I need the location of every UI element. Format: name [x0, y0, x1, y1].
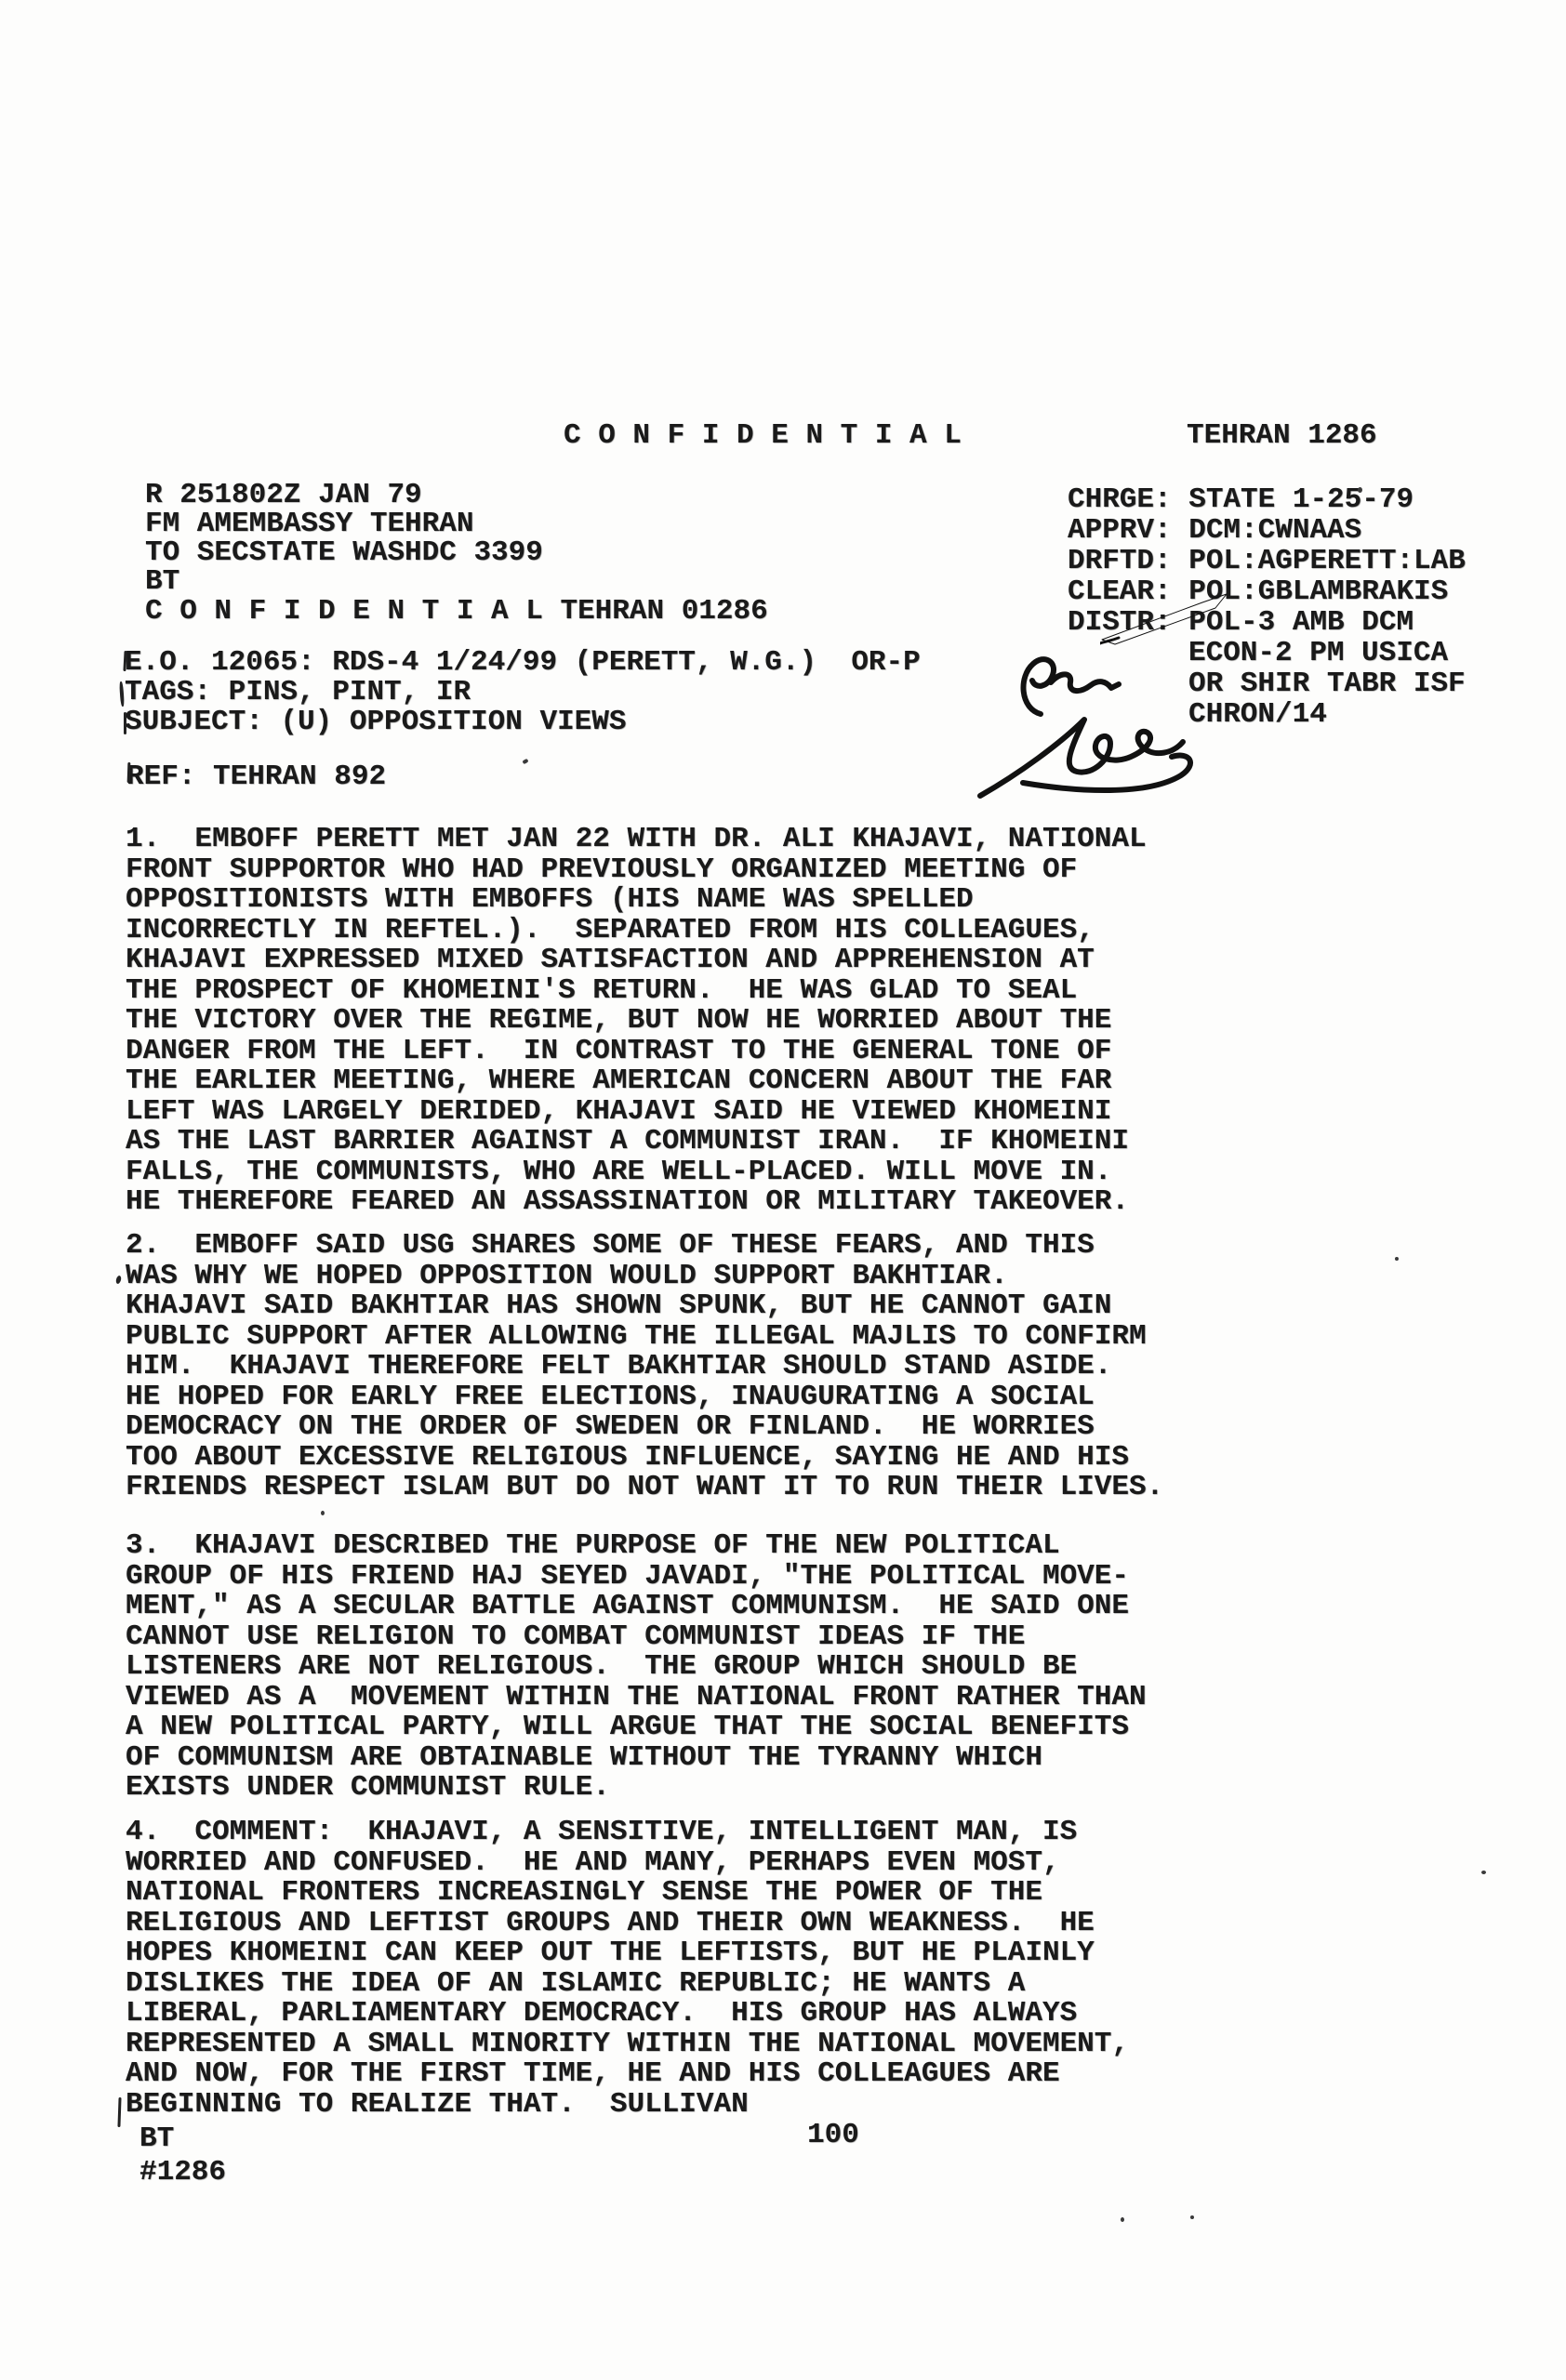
text-line: 1. EMBOFF PERETT MET JAN 22 WITH DR. ALI…	[126, 825, 1147, 855]
text-line: THE EARLIER MEETING, WHERE AMERICAN CONC…	[126, 1066, 1147, 1097]
margin-pen-mark	[115, 1276, 122, 1285]
paragraph-2: 2. EMBOFF SAID USG SHARES SOME OF THESE …	[126, 1231, 1163, 1503]
text-line: R 251802Z JAN 79	[145, 481, 543, 509]
text-line: E.O. 12065: RDS-4 1/24/99 (PERETT, W.G.)…	[125, 648, 921, 678]
cable-number: #1286	[139, 2157, 226, 2188]
scan-speck	[1481, 1871, 1486, 1874]
page-number: 100	[807, 2120, 859, 2150]
text-line: VIEWED AS A MOVEMENT WITHIN THE NATIONAL…	[126, 1683, 1147, 1713]
text-line: RELIGIOUS AND LEFTIST GROUPS AND THEIR O…	[126, 1909, 1129, 1939]
margin-pen-mark	[117, 2097, 121, 2127]
text-line: BT	[145, 567, 543, 596]
text-line: APPRV: DCM:CWNAAS	[1068, 515, 1466, 546]
paragraph-3: 3. KHAJAVI DESCRIBED THE PURPOSE OF THE …	[126, 1531, 1147, 1804]
text-line: LISTENERS ARE NOT RELIGIOUS. THE GROUP W…	[126, 1652, 1147, 1683]
text-line: 4. COMMENT: KHAJAVI, A SENSITIVE, INTELL…	[126, 1818, 1129, 1848]
text-line: FRONT SUPPORTOR WHO HAD PREVIOUSLY ORGAN…	[126, 855, 1147, 886]
scan-speck	[1190, 2215, 1194, 2219]
text-line: REPRESENTED A SMALL MINORITY WITHIN THE …	[126, 2030, 1129, 2060]
classification-header: C O N F I D E N T I A L	[564, 420, 962, 451]
text-line: 2. EMBOFF SAID USG SHARES SOME OF THESE …	[126, 1231, 1163, 1262]
text-line: CHRGE: STATE 1-25-79	[1068, 484, 1466, 515]
paragraph-1: 1. EMBOFF PERETT MET JAN 22 WITH DR. ALI…	[126, 825, 1147, 1218]
text-line: TO SECSTATE WASHDC 3399	[145, 538, 543, 567]
paragraph-4: 4. COMMENT: KHAJAVI, A SENSITIVE, INTELL…	[126, 1818, 1129, 2120]
margin-pen-mark	[124, 712, 126, 734]
text-line: CHRON/14	[1188, 699, 1466, 730]
text-line: OR SHIR TABR ISF	[1188, 668, 1466, 699]
text-line: THE PROSPECT OF KHOMEINI'S RETURN. HE WA…	[126, 976, 1147, 1007]
cable-document: C O N F I D E N T I A L TEHRAN 1286 R 25…	[0, 0, 1566, 2380]
scan-speck	[522, 759, 528, 764]
text-line: FM AMEMBASSY TEHRAN	[145, 509, 543, 538]
text-line: SUBJECT: (U) OPPOSITION VIEWS	[125, 707, 921, 737]
text-line: WAS WHY WE HOPED OPPOSITION WOULD SUPPOR…	[126, 1262, 1163, 1292]
text-line: HE HOPED FOR EARLY FREE ELECTIONS, INAUG…	[126, 1382, 1163, 1413]
text-line: HE THEREFORE FEARED AN ASSASSINATION OR …	[126, 1187, 1147, 1218]
text-line: AND NOW, FOR THE FIRST TIME, HE AND HIS …	[126, 2059, 1129, 2090]
scan-speck	[1358, 487, 1362, 493]
routing-header-block: R 251802Z JAN 79FM AMEMBASSY TEHRANTO SE…	[145, 481, 543, 596]
text-line: 3. KHAJAVI DESCRIBED THE PURPOSE OF THE …	[126, 1531, 1147, 1562]
text-line: BEGINNING TO REALIZE THAT. SULLIVAN	[126, 2090, 1129, 2121]
text-line: AS THE LAST BARRIER AGAINST A COMMUNIST …	[126, 1127, 1147, 1157]
ref-line: REF: TEHRAN 892	[126, 761, 386, 792]
text-line: THE VICTORY OVER THE REGIME, BUT NOW HE …	[126, 1006, 1147, 1037]
cable-id: TEHRAN 1286	[1187, 420, 1377, 451]
text-line: PUBLIC SUPPORT AFTER ALLOWING THE ILLEGA…	[126, 1322, 1163, 1353]
text-line: DANGER FROM THE LEFT. IN CONTRAST TO THE…	[126, 1037, 1147, 1067]
text-line: EXISTS UNDER COMMUNIST RULE.	[126, 1773, 1147, 1804]
text-line: OPPOSITIONISTS WITH EMBOFFS (HIS NAME WA…	[126, 885, 1147, 916]
text-line: HIM. KHAJAVI THEREFORE FELT BAKHTIAR SHO…	[126, 1352, 1163, 1382]
text-line: KHAJAVI SAID BAKHTIAR HAS SHOWN SPUNK, B…	[126, 1291, 1163, 1322]
signature-scrawl	[975, 705, 1202, 807]
text-line: A NEW POLITICAL PARTY, WILL ARGUE THAT T…	[126, 1712, 1147, 1743]
classification-line: C O N F I D E N T I A L TEHRAN 01286	[145, 596, 768, 627]
text-line: WORRIED AND CONFUSED. HE AND MANY, PERHA…	[126, 1848, 1129, 1879]
eo-tags-subject-block: E.O. 12065: RDS-4 1/24/99 (PERETT, W.G.)…	[125, 648, 921, 737]
distribution-continuation: ECON-2 PM USICAOR SHIR TABR ISFCHRON/14	[1188, 638, 1466, 730]
text-line: MENT," AS A SECULAR BATTLE AGAINST COMMU…	[126, 1592, 1147, 1622]
text-line: LIBERAL, PARLIAMENTARY DEMOCRACY. HIS GR…	[126, 1999, 1129, 2030]
text-line: INCORRECTLY IN REFTEL.). SEPARATED FROM …	[126, 916, 1147, 946]
scan-speck	[1121, 2217, 1124, 2222]
pen-scribble-distr	[1100, 593, 1240, 645]
scan-speck	[1395, 1257, 1399, 1261]
text-line: TOO ABOUT EXCESSIVE RELIGIOUS INFLUENCE,…	[126, 1443, 1163, 1474]
text-line: DRFTD: POL:AGPERETT:LAB	[1068, 546, 1466, 576]
text-line: FALLS, THE COMMUNISTS, WHO ARE WELL-PLAC…	[126, 1157, 1147, 1188]
text-line: FRIENDS RESPECT ISLAM BUT DO NOT WANT IT…	[126, 1473, 1163, 1503]
text-line: OF COMMUNISM ARE OBTAINABLE WITHOUT THE …	[126, 1743, 1147, 1774]
text-line: HOPES KHOMEINI CAN KEEP OUT THE LEFTISTS…	[126, 1938, 1129, 1969]
text-line: NATIONAL FRONTERS INCREASINGLY SENSE THE…	[126, 1878, 1129, 1909]
text-line: DEMOCRACY ON THE ORDER OF SWEDEN OR FINL…	[126, 1412, 1163, 1443]
text-line: CANNOT USE RELIGION TO COMBAT COMMUNIST …	[126, 1622, 1147, 1653]
text-line: TAGS: PINS, PINT, IR	[125, 678, 921, 707]
text-line: KHAJAVI EXPRESSED MIXED SATISFACTION AND…	[126, 945, 1147, 976]
text-line: GROUP OF HIS FRIEND HAJ SEYED JAVADI, "T…	[126, 1562, 1147, 1593]
text-line: LEFT WAS LARGELY DERIDED, KHAJAVI SAID H…	[126, 1097, 1147, 1128]
scan-speck	[321, 1511, 325, 1515]
text-line: DISLIKES THE IDEA OF AN ISLAMIC REPUBLIC…	[126, 1969, 1129, 2000]
bt-marker: BT	[139, 2123, 174, 2154]
